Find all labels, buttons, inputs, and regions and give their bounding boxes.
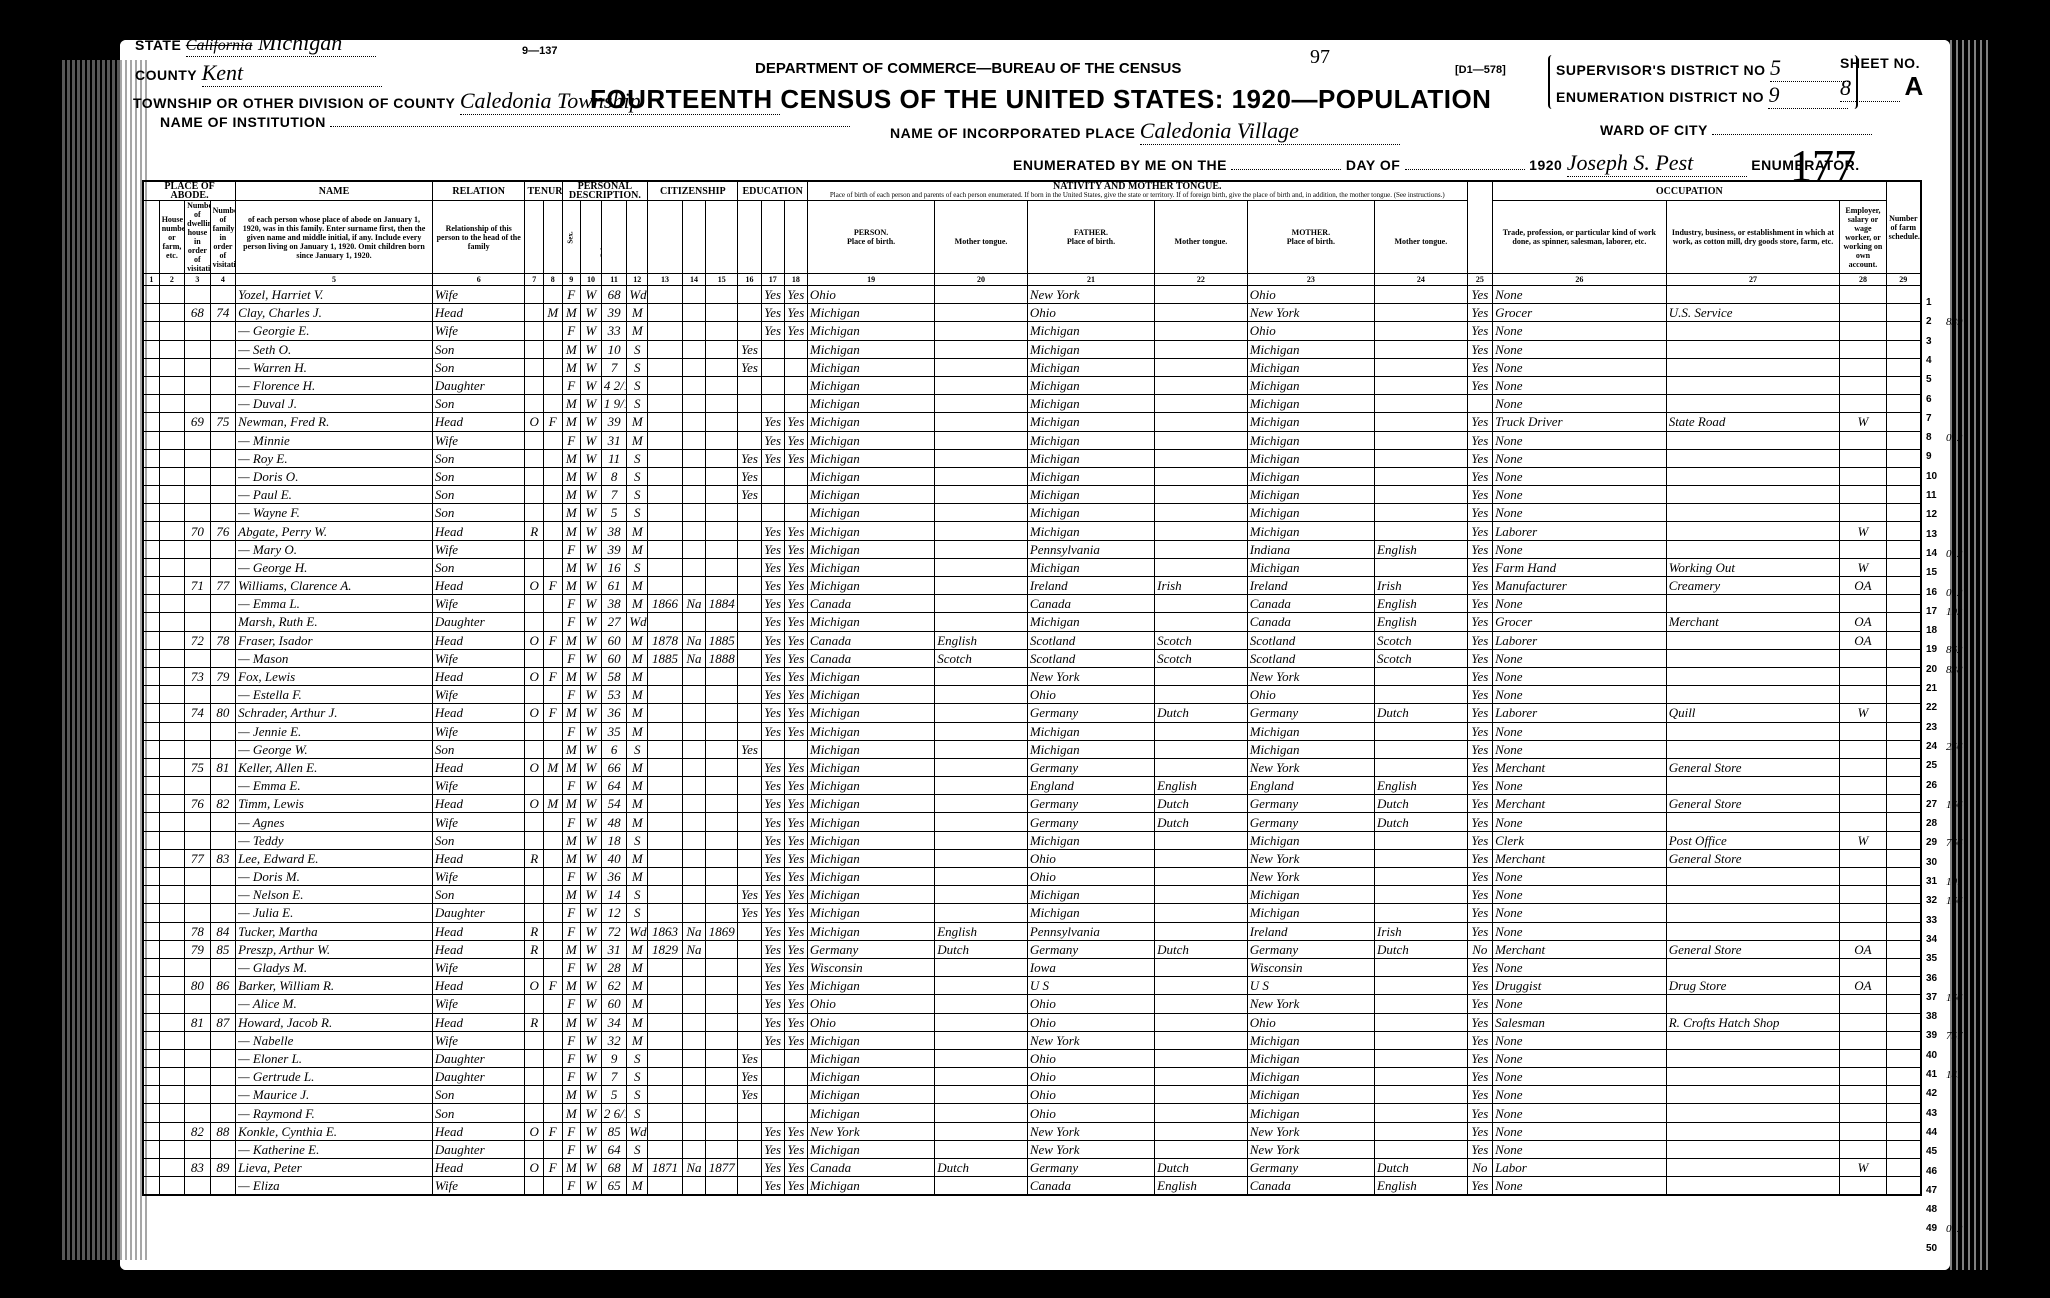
line-number: 40 bbox=[1926, 1050, 1946, 1061]
cell-fpob: Iowa bbox=[1027, 958, 1154, 976]
cell-nat bbox=[682, 1068, 705, 1086]
cell-sex: F bbox=[562, 813, 581, 831]
cell-read: Yes bbox=[761, 995, 784, 1013]
cell-nat bbox=[682, 577, 705, 595]
cell-fam: 74 bbox=[210, 304, 236, 322]
cell-imm bbox=[648, 704, 683, 722]
cell-street bbox=[143, 1159, 159, 1177]
cell-own bbox=[525, 1031, 544, 1049]
cell-house-number bbox=[159, 886, 184, 904]
cell-emp: W bbox=[1840, 522, 1886, 540]
cell-farm bbox=[1886, 395, 1921, 413]
cell-house-number bbox=[159, 631, 184, 649]
cell-house-number bbox=[159, 304, 184, 322]
cell-fmt bbox=[1155, 522, 1248, 540]
table-row: — George H.SonMW16SYesYesMichiganMichiga… bbox=[143, 558, 1921, 576]
cell-mt bbox=[935, 1177, 1028, 1196]
cell-fmt bbox=[1155, 558, 1248, 576]
table-row: 7985Preszp, Arthur W.HeadRMW31M1829NaYes… bbox=[143, 940, 1921, 958]
cell-dw bbox=[185, 431, 210, 449]
cell-sch bbox=[738, 413, 761, 431]
cell-mort bbox=[544, 686, 563, 704]
cell-sch bbox=[738, 504, 761, 522]
cell-mort: F bbox=[544, 667, 563, 685]
cell-mt bbox=[935, 486, 1028, 504]
cell-sch: Yes bbox=[738, 886, 761, 904]
cell-natyr bbox=[706, 395, 738, 413]
cell-write: Yes bbox=[784, 1140, 807, 1158]
cell-dw bbox=[185, 376, 210, 394]
cell-fpob: Pennsylvania bbox=[1027, 540, 1154, 558]
cell-natyr bbox=[706, 431, 738, 449]
cell-write: Yes bbox=[784, 940, 807, 958]
cell-rel: Head bbox=[432, 413, 525, 431]
cell-emp bbox=[1840, 376, 1886, 394]
county-field: COUNTY Kent bbox=[135, 60, 382, 87]
line-number: 11 bbox=[1926, 490, 1946, 501]
cell-write: Yes bbox=[784, 704, 807, 722]
cell-name: Williams, Clarence A. bbox=[236, 577, 433, 595]
cell-house-number bbox=[159, 777, 184, 795]
cell-farm bbox=[1886, 1159, 1921, 1177]
cell-name: — Alice M. bbox=[236, 995, 433, 1013]
cell-farm bbox=[1886, 595, 1921, 613]
cell-race: W bbox=[581, 758, 602, 776]
cell-pob: Michigan bbox=[807, 1177, 934, 1196]
cell-eng: No bbox=[1467, 1159, 1492, 1177]
cell-mort bbox=[544, 722, 563, 740]
cell-ind: General Store bbox=[1666, 849, 1840, 867]
cell-dw: 69 bbox=[185, 413, 210, 431]
cell-rel: Head bbox=[432, 758, 525, 776]
cell-read: Yes bbox=[761, 940, 784, 958]
cell-nat bbox=[682, 286, 705, 304]
cell-write bbox=[784, 486, 807, 504]
cell-rel: Son bbox=[432, 467, 525, 485]
cell-emp bbox=[1840, 304, 1886, 322]
cell-nat: Na bbox=[682, 595, 705, 613]
cell-sex: M bbox=[562, 849, 581, 867]
cell-mt bbox=[935, 758, 1028, 776]
cell-imm bbox=[648, 340, 683, 358]
cell-read: Yes bbox=[761, 704, 784, 722]
margin-code-note: 101 bbox=[1946, 876, 1963, 888]
cell-rel: Son bbox=[432, 831, 525, 849]
cell-mpob: Michigan bbox=[1247, 722, 1374, 740]
cell-farm bbox=[1886, 577, 1921, 595]
cell-mt bbox=[935, 849, 1028, 867]
cell-imm bbox=[648, 667, 683, 685]
cell-ind bbox=[1666, 631, 1840, 649]
cell-pob: Michigan bbox=[807, 922, 934, 940]
cell-race: W bbox=[581, 431, 602, 449]
cell-fam bbox=[210, 540, 236, 558]
cell-read: Yes bbox=[761, 304, 784, 322]
cell-fmt bbox=[1155, 1104, 1248, 1122]
margin-code-note: 012 bbox=[1946, 1223, 1963, 1235]
cell-fmt bbox=[1155, 595, 1248, 613]
cell-mort bbox=[544, 740, 563, 758]
cell-fam bbox=[210, 449, 236, 467]
cell-race: W bbox=[581, 922, 602, 940]
cell-emp bbox=[1840, 813, 1886, 831]
cell-read: Yes bbox=[761, 1159, 784, 1177]
cell-house-number bbox=[159, 904, 184, 922]
cell-imm bbox=[648, 613, 683, 631]
table-row: — Doris O.SonMW8SYesMichiganMichiganMich… bbox=[143, 467, 1921, 485]
cell-natyr bbox=[706, 813, 738, 831]
cell-house-number bbox=[159, 504, 184, 522]
cell-fpob: Michigan bbox=[1027, 467, 1154, 485]
cell-race: W bbox=[581, 722, 602, 740]
cell-pob: Wisconsin bbox=[807, 958, 934, 976]
cell-emp bbox=[1840, 1013, 1886, 1031]
cell-natyr bbox=[706, 758, 738, 776]
cell-emp bbox=[1840, 1049, 1886, 1067]
cell-sch bbox=[738, 831, 761, 849]
cell-ind bbox=[1666, 1049, 1840, 1067]
cell-natyr bbox=[706, 686, 738, 704]
cell-nat bbox=[682, 1140, 705, 1158]
cell-fmt: Scotch bbox=[1155, 631, 1248, 649]
cell-natyr bbox=[706, 286, 738, 304]
cell-occ: None bbox=[1493, 395, 1667, 413]
cell-own: R bbox=[525, 940, 544, 958]
cell-sch: Yes bbox=[738, 1068, 761, 1086]
cell-nat bbox=[682, 995, 705, 1013]
cell-imm bbox=[648, 540, 683, 558]
table-row: — Gertrude L.DaughterFW7SYesMichiganOhio… bbox=[143, 1068, 1921, 1086]
cell-race: W bbox=[581, 486, 602, 504]
cell-pob: Canada bbox=[807, 1159, 934, 1177]
cell-pob: Michigan bbox=[807, 831, 934, 849]
cell-read: Yes bbox=[761, 922, 784, 940]
cell-natyr bbox=[706, 904, 738, 922]
cell-mt bbox=[935, 1140, 1028, 1158]
cell-imm bbox=[648, 376, 683, 394]
cell-street bbox=[143, 904, 159, 922]
cell-race: W bbox=[581, 322, 602, 340]
cell-mort bbox=[544, 431, 563, 449]
cell-fmt bbox=[1155, 849, 1248, 867]
cell-imm bbox=[648, 1049, 683, 1067]
cell-dw: 74 bbox=[185, 704, 210, 722]
cell-eng: Yes bbox=[1467, 1104, 1492, 1122]
cell-own bbox=[525, 431, 544, 449]
cell-mort bbox=[544, 540, 563, 558]
cell-street bbox=[143, 431, 159, 449]
cell-street bbox=[143, 1049, 159, 1067]
cell-fam bbox=[210, 340, 236, 358]
cell-natyr bbox=[706, 540, 738, 558]
cell-read: Yes bbox=[761, 1140, 784, 1158]
line-number: 15 bbox=[1926, 567, 1946, 578]
table-row: — Florence H.DaughterFW4 2/12SMichiganMi… bbox=[143, 376, 1921, 394]
table-row: — Mary O.WifeFW39MYesYesMichiganPennsylv… bbox=[143, 540, 1921, 558]
cell-sch bbox=[738, 1140, 761, 1158]
cell-ms: Wd bbox=[627, 922, 648, 940]
cell-race: W bbox=[581, 1177, 602, 1196]
cell-mort bbox=[544, 358, 563, 376]
cell-ind: General Store bbox=[1666, 940, 1840, 958]
cell-fpob: Ohio bbox=[1027, 1049, 1154, 1067]
cell-mmt bbox=[1375, 449, 1468, 467]
cell-fpob: New York bbox=[1027, 286, 1154, 304]
cell-ind: Working Out bbox=[1666, 558, 1840, 576]
cell-mmt bbox=[1375, 1104, 1468, 1122]
cell-occ: None bbox=[1493, 1086, 1667, 1104]
cell-emp bbox=[1840, 849, 1886, 867]
cell-occ: None bbox=[1493, 886, 1667, 904]
cell-name: — Eliza bbox=[236, 1177, 433, 1196]
cell-natyr bbox=[706, 1013, 738, 1031]
cell-farm bbox=[1886, 449, 1921, 467]
cell-emp bbox=[1840, 958, 1886, 976]
supervisor-district-value: 5 bbox=[1770, 55, 1850, 82]
line-number: 48 bbox=[1926, 1204, 1946, 1215]
cell-farm bbox=[1886, 904, 1921, 922]
cell-fpob: Michigan bbox=[1027, 522, 1154, 540]
cell-ms: S bbox=[627, 1049, 648, 1067]
cell-dw bbox=[185, 467, 210, 485]
cell-farm bbox=[1886, 631, 1921, 649]
cell-emp bbox=[1840, 795, 1886, 813]
cell-farm bbox=[1886, 613, 1921, 631]
line-number: 25 bbox=[1926, 760, 1946, 771]
cell-ind bbox=[1666, 1031, 1840, 1049]
cell-sex: F bbox=[562, 777, 581, 795]
table-row: 7480Schrader, Arthur J.HeadOFMW36MYesYes… bbox=[143, 704, 1921, 722]
cell-fmt: Dutch bbox=[1155, 795, 1248, 813]
cell-street bbox=[143, 486, 159, 504]
margin-code-note: 012 bbox=[1946, 548, 1963, 560]
cell-mmt: English bbox=[1375, 613, 1468, 631]
cell-own bbox=[525, 1086, 544, 1104]
census-rows: Yozel, Harriet V.WifeFW68WdYesYesOhioNew… bbox=[143, 286, 1921, 1196]
cell-occ: None bbox=[1493, 649, 1667, 667]
cell-natyr bbox=[706, 1031, 738, 1049]
cell-dw bbox=[185, 740, 210, 758]
cell-sex: F bbox=[562, 868, 581, 886]
cell-fmt: English bbox=[1155, 777, 1248, 795]
cell-nat bbox=[682, 831, 705, 849]
cell-street bbox=[143, 667, 159, 685]
cell-fam bbox=[210, 649, 236, 667]
cell-dw bbox=[185, 1068, 210, 1086]
cell-age: 85 bbox=[601, 1122, 626, 1140]
cell-occ: None bbox=[1493, 868, 1667, 886]
cell-mpob: Scotland bbox=[1247, 631, 1374, 649]
table-row: — Roy E.SonMW11SYesYesYesMichiganMichiga… bbox=[143, 449, 1921, 467]
cell-mmt: Irish bbox=[1375, 922, 1468, 940]
cell-mpob: Michigan bbox=[1247, 504, 1374, 522]
cell-own bbox=[525, 904, 544, 922]
cell-mpob: Germany bbox=[1247, 704, 1374, 722]
cell-emp bbox=[1840, 1140, 1886, 1158]
cell-read bbox=[761, 504, 784, 522]
cell-fpob: Ohio bbox=[1027, 1068, 1154, 1086]
cell-fam: 78 bbox=[210, 631, 236, 649]
cell-fam bbox=[210, 322, 236, 340]
cell-pob: Canada bbox=[807, 631, 934, 649]
cell-eng: Yes bbox=[1467, 286, 1492, 304]
cell-sch bbox=[738, 849, 761, 867]
cell-own: O bbox=[525, 977, 544, 995]
cell-write bbox=[784, 358, 807, 376]
cell-occ: Druggist bbox=[1493, 977, 1667, 995]
cell-street bbox=[143, 449, 159, 467]
cell-house-number bbox=[159, 795, 184, 813]
cell-name: — Mason bbox=[236, 649, 433, 667]
cell-race: W bbox=[581, 1031, 602, 1049]
cell-imm bbox=[648, 467, 683, 485]
cell-mt bbox=[935, 449, 1028, 467]
cell-natyr bbox=[706, 777, 738, 795]
cell-mmt: English bbox=[1375, 1177, 1468, 1196]
cell-own bbox=[525, 286, 544, 304]
state-field: STATE California Michigan bbox=[135, 30, 376, 57]
margin-code-note: 838 bbox=[1946, 664, 1963, 676]
cell-pob: Michigan bbox=[807, 758, 934, 776]
cell-age: 16 bbox=[601, 558, 626, 576]
cell-mpob: Michigan bbox=[1247, 431, 1374, 449]
cell-sch: Yes bbox=[738, 904, 761, 922]
table-row: 8086Barker, William R.HeadOFMW62MYesYesM… bbox=[143, 977, 1921, 995]
cell-age: 5 bbox=[601, 1086, 626, 1104]
cell-occ: Laborer bbox=[1493, 522, 1667, 540]
cell-sex: M bbox=[562, 395, 581, 413]
cell-ind bbox=[1666, 467, 1840, 485]
cell-eng: Yes bbox=[1467, 1122, 1492, 1140]
cell-race: W bbox=[581, 1122, 602, 1140]
cell-eng: No bbox=[1467, 940, 1492, 958]
cell-race: W bbox=[581, 813, 602, 831]
cell-nat bbox=[682, 613, 705, 631]
cell-ind bbox=[1666, 540, 1840, 558]
cell-fmt: Dutch bbox=[1155, 940, 1248, 958]
cell-ms: M bbox=[627, 940, 648, 958]
cell-mt bbox=[935, 467, 1028, 485]
cell-farm bbox=[1886, 486, 1921, 504]
cell-pob: Michigan bbox=[807, 704, 934, 722]
cell-name: Preszp, Arthur W. bbox=[236, 940, 433, 958]
cell-sex: F bbox=[562, 1031, 581, 1049]
table-row: 7783Lee, Edward E.HeadRMW40MYesYesMichig… bbox=[143, 849, 1921, 867]
cell-sch bbox=[738, 1122, 761, 1140]
cell-natyr bbox=[706, 1086, 738, 1104]
cell-race: W bbox=[581, 849, 602, 867]
cell-farm bbox=[1886, 322, 1921, 340]
cell-imm bbox=[648, 886, 683, 904]
cell-natyr bbox=[706, 740, 738, 758]
cell-own: R bbox=[525, 922, 544, 940]
cell-read: Yes bbox=[761, 686, 784, 704]
cell-emp bbox=[1840, 740, 1886, 758]
cell-fmt bbox=[1155, 1013, 1248, 1031]
cell-ind bbox=[1666, 1159, 1840, 1177]
cell-read: Yes bbox=[761, 795, 784, 813]
cell-write: Yes bbox=[784, 558, 807, 576]
cell-own: R bbox=[525, 522, 544, 540]
cell-nat bbox=[682, 504, 705, 522]
cell-fmt bbox=[1155, 904, 1248, 922]
cell-nat bbox=[682, 322, 705, 340]
cell-write: Yes bbox=[784, 813, 807, 831]
cell-sch bbox=[738, 922, 761, 940]
cell-eng: Yes bbox=[1467, 558, 1492, 576]
cell-mmt bbox=[1375, 467, 1468, 485]
cell-pob: Michigan bbox=[807, 340, 934, 358]
cell-fmt bbox=[1155, 1068, 1248, 1086]
cell-imm bbox=[648, 431, 683, 449]
cell-fam bbox=[210, 777, 236, 795]
line-number: 47 bbox=[1926, 1185, 1946, 1196]
cell-farm bbox=[1886, 722, 1921, 740]
cell-ms: S bbox=[627, 904, 648, 922]
cell-mt: English bbox=[935, 922, 1028, 940]
cell-mt bbox=[935, 831, 1028, 849]
cell-sch bbox=[738, 577, 761, 595]
cell-mt bbox=[935, 1049, 1028, 1067]
cell-write: Yes bbox=[784, 540, 807, 558]
ward-field: WARD OF CITY bbox=[1600, 122, 1872, 140]
line-number: 24 bbox=[1926, 741, 1946, 752]
cell-dw bbox=[185, 722, 210, 740]
enumeration-date-field: ENUMERATED BY ME ON THE DAY OF 1920 Jose… bbox=[1013, 150, 1860, 177]
margin-code-note: 256 bbox=[1946, 741, 1963, 753]
cell-write: Yes bbox=[784, 1122, 807, 1140]
cell-occ: None bbox=[1493, 595, 1667, 613]
cell-mpob: Michigan bbox=[1247, 1031, 1374, 1049]
cell-fam bbox=[210, 686, 236, 704]
cell-emp bbox=[1840, 904, 1886, 922]
cell-house-number bbox=[159, 340, 184, 358]
cell-imm: 1866 bbox=[648, 595, 683, 613]
cell-sch bbox=[738, 1104, 761, 1122]
cell-nat bbox=[682, 686, 705, 704]
cell-age: 31 bbox=[601, 940, 626, 958]
cell-mmt bbox=[1375, 413, 1468, 431]
cell-street bbox=[143, 995, 159, 1013]
cell-age: 5 bbox=[601, 504, 626, 522]
cell-natyr bbox=[706, 613, 738, 631]
cell-sex: M bbox=[562, 704, 581, 722]
cell-own bbox=[525, 1049, 544, 1067]
cell-emp: OA bbox=[1840, 577, 1886, 595]
cell-ind bbox=[1666, 1068, 1840, 1086]
cell-sex: M bbox=[562, 304, 581, 322]
cell-fpob: Scotland bbox=[1027, 631, 1154, 649]
cell-fam bbox=[210, 1140, 236, 1158]
cell-rel: Wife bbox=[432, 1177, 525, 1196]
cell-farm bbox=[1886, 977, 1921, 995]
cell-sch: Yes bbox=[738, 1049, 761, 1067]
cell-ind: U.S. Service bbox=[1666, 304, 1840, 322]
line-number: 20 bbox=[1926, 664, 1946, 675]
cell-name: — Gertrude L. bbox=[236, 1068, 433, 1086]
cell-write: Yes bbox=[784, 667, 807, 685]
line-number: 46 bbox=[1926, 1166, 1946, 1177]
cell-rel: Wife bbox=[432, 958, 525, 976]
cell-occ: None bbox=[1493, 1140, 1667, 1158]
cell-dw bbox=[185, 1049, 210, 1067]
cell-fpob: New York bbox=[1027, 1122, 1154, 1140]
cell-mt bbox=[935, 340, 1028, 358]
cell-name: — Agnes bbox=[236, 813, 433, 831]
cell-own bbox=[525, 740, 544, 758]
cell-read: Yes bbox=[761, 1013, 784, 1031]
cell-pob: Michigan bbox=[807, 322, 934, 340]
